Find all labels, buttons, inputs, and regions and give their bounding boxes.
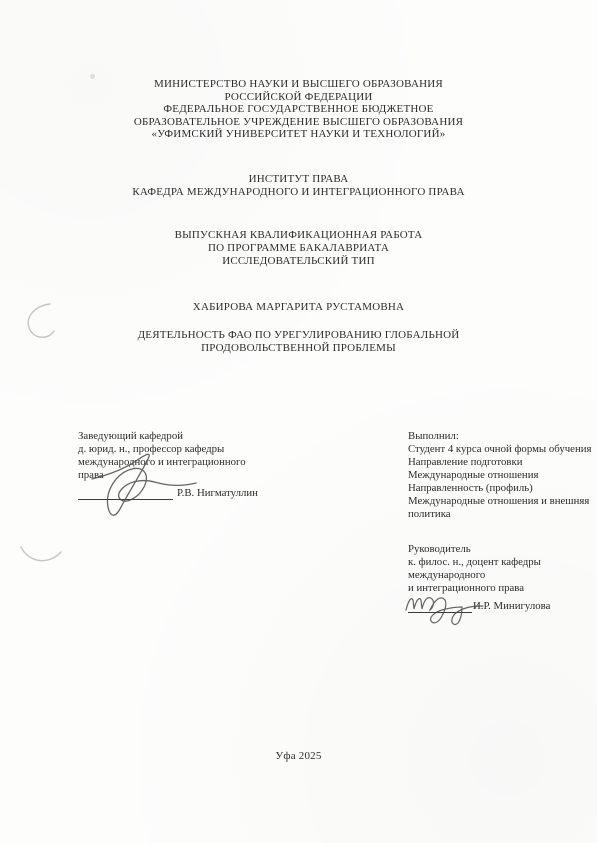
head-position-line: Заведующий кафедрой: [78, 430, 328, 443]
institute-line: ИНСТИТУТ ПРАВА: [0, 173, 597, 186]
head-signature-line: [78, 488, 173, 500]
work-type-line-1: ВЫПУСКНАЯ КВАЛИФИКАЦИОННАЯ РАБОТА: [0, 229, 597, 242]
supervisor-department-line-1: международного: [408, 569, 588, 582]
head-degree-line: д. юрид. н., профессор кафедры: [78, 443, 328, 456]
profile-name-line-2: политика: [408, 508, 588, 521]
supervisor-signature-line: [408, 601, 472, 613]
right-column: Выполнил: Студент 4 курса очной формы об…: [408, 430, 588, 615]
author-name-block: ХАБИРОВА МАРГАРИТА РУСТАМОВНА: [0, 301, 597, 314]
head-department-line-2: права: [78, 469, 328, 482]
supervisor-degree-line: к. филос. н., доцент кафедры: [408, 556, 588, 569]
student-line: Студент 4 курса очной формы обучения: [408, 443, 588, 456]
profile-name-line-1: Международные отношения и внешняя: [408, 495, 588, 508]
work-type-line-3: ИССЛЕДОВАТЕЛЬСКИЙ ТИП: [0, 255, 597, 268]
program-label-line: Направление подготовки: [408, 456, 588, 469]
institute-block: ИНСТИТУТ ПРАВА КАФЕДРА МЕЖДУНАРОДНОГО И …: [0, 173, 597, 199]
university-name-line: «УФИМСКИЙ УНИВЕРСИТЕТ НАУКИ И ТЕХНОЛОГИЙ…: [0, 128, 597, 141]
profile-label-line: Направленность (профиль): [408, 482, 588, 495]
head-signature-name: Р.В. Нигматуллин: [177, 487, 258, 500]
author-name: ХАБИРОВА МАРГАРИТА РУСТАМОВНА: [0, 301, 597, 314]
program-name-line: Международные отношения: [408, 469, 588, 482]
thesis-title-block: ДЕЯТЕЛЬНОСТЬ ФАО ПО УРЕГУЛИРОВАНИЮ ГЛОБА…: [0, 329, 597, 355]
federation-line: РОССИЙСКОЙ ФЕДЕРАЦИИ: [0, 91, 597, 104]
thesis-title-line-2: ПРОДОВОЛЬСТВЕННОЙ ПРОБЛЕМЫ: [0, 342, 597, 355]
performed-by-label: Выполнил:: [408, 430, 588, 443]
ministry-header-block: МИНИСТЕРСТВО НАУКИ И ВЫСШЕГО ОБРАЗОВАНИЯ…: [0, 78, 597, 141]
supervisor-block: Руководитель к. филос. н., доцент кафедр…: [408, 543, 588, 615]
head-of-department-block: Заведующий кафедрой д. юрид. н., професс…: [78, 430, 328, 502]
department-line: КАФЕДРА МЕЖДУНАРОДНОГО И ИНТЕГРАЦИОННОГО…: [0, 186, 597, 199]
performed-by-block: Выполнил: Студент 4 курса очной формы об…: [408, 430, 588, 521]
supervisor-signature-name: И.Р. Минигулова: [473, 600, 550, 613]
work-type-line-2: ПО ПРОГРАММЕ БАКАЛАВРИАТА: [0, 242, 597, 255]
supervisor-signature-row: И.Р. Минигулова: [408, 600, 588, 615]
city-year: Уфа 2025: [0, 750, 597, 763]
head-department-line-1: международного и интеграционного: [78, 456, 328, 469]
institution-type-line-2: ОБРАЗОВАТЕЛЬНОЕ УЧРЕЖДЕНИЕ ВЫСШЕГО ОБРАЗ…: [0, 116, 597, 129]
footer-block: Уфа 2025: [0, 750, 597, 763]
head-signature-row: Р.В. Нигматуллин: [78, 487, 328, 502]
thesis-title-line-1: ДЕЯТЕЛЬНОСТЬ ФАО ПО УРЕГУЛИРОВАНИЮ ГЛОБА…: [0, 329, 597, 342]
thesis-title-page: МИНИСТЕРСТВО НАУКИ И ВЫСШЕГО ОБРАЗОВАНИЯ…: [0, 0, 597, 843]
scan-artifact-curve-icon: [18, 544, 64, 572]
work-type-block: ВЫПУСКНАЯ КВАЛИФИКАЦИОННАЯ РАБОТА ПО ПРО…: [0, 229, 597, 268]
supervisor-label: Руководитель: [408, 543, 588, 556]
institution-type-line-1: ФЕДЕРАЛЬНОЕ ГОСУДАРСТВЕННОЕ БЮДЖЕТНОЕ: [0, 103, 597, 116]
ministry-line: МИНИСТЕРСТВО НАУКИ И ВЫСШЕГО ОБРАЗОВАНИЯ: [0, 78, 597, 91]
supervisor-department-line-2: и интеграционного права: [408, 582, 588, 595]
